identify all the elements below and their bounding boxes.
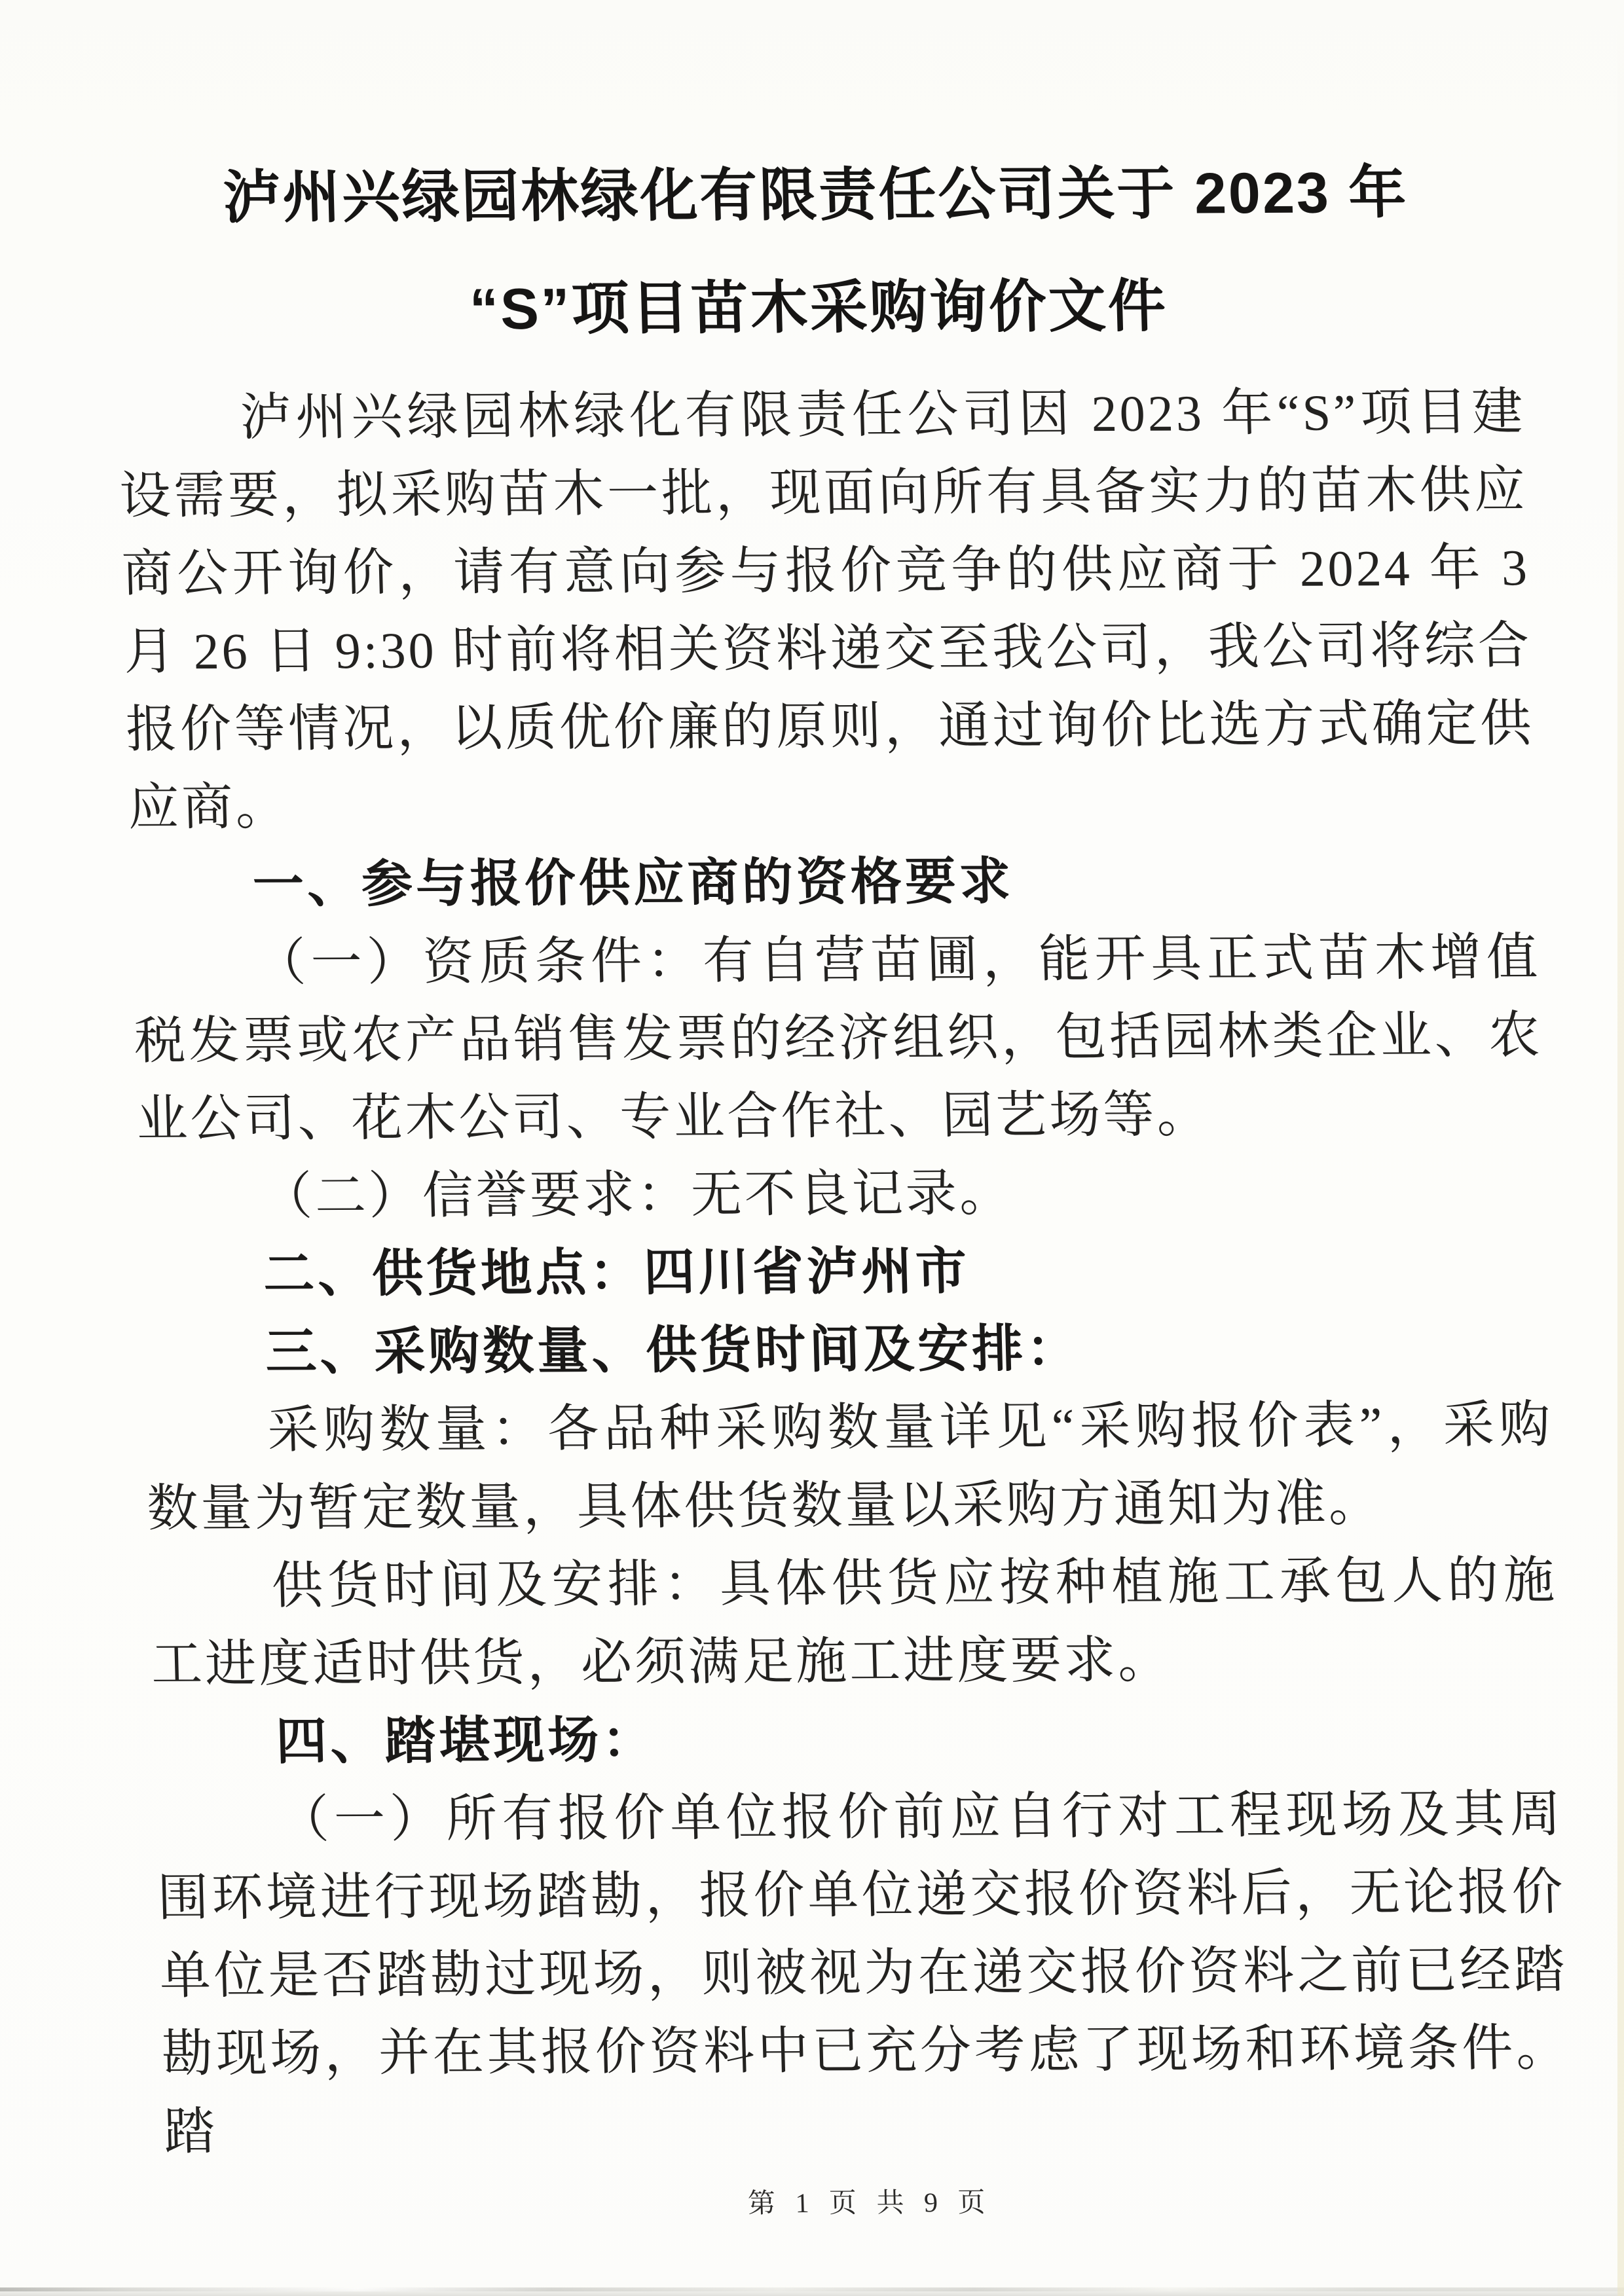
intro-paragraph: 泸州兴绿园林绿化有限责任公司因 2023 年“S”项目建设需要，拟采购苗木一批，… (117, 373, 1537, 846)
heading-site-visit: 四、踏堪现场： (153, 1697, 1562, 1781)
page-footer: 第 1 页 共 9 页 (166, 2180, 1575, 2227)
heading-delivery-location: 二、供货地点：四川省泸州市 (139, 1230, 1549, 1313)
heading-supplier-qualification: 一、参与报价供应商的资格要求 (129, 840, 1539, 924)
title-line-1: 泸州兴绿园林绿化有限责任公司关于 2023 年 (110, 136, 1521, 254)
document-content: 泸州兴绿园林绿化有限责任公司关于 2023 年 “S”项目苗木采购询价文件 泸州… (110, 136, 1574, 2227)
paragraph-qualification-conditions: （一）资质条件：有自营苗圃，能开具正式苗木增值税发票或农产品销售发票的经济组织，… (131, 918, 1545, 1157)
page-number-text: 第 1 页 共 9 页 (747, 2188, 992, 2219)
document-page: 泸州兴绿园林绿化有限责任公司关于 2023 年 “S”项目苗木采购询价文件 泸州… (0, 0, 1624, 2296)
paragraph-delivery-schedule: 供货时间及安排：具体供货应按种植施工承包人的施工进度适时供货，必须满足施工进度要… (148, 1541, 1560, 1703)
scan-artifact-bottom-edge (0, 2287, 1624, 2291)
paragraph-site-visit-detail: （一）所有报价单位报价前应自行对工程现场及其周围环境进行现场踏勘，报价单位递交报… (155, 1775, 1573, 2170)
paragraph-credit-requirement: （二）信誉要求：无不良记录。 (138, 1152, 1547, 1235)
document-title: 泸州兴绿园林绿化有限责任公司关于 2023 年 “S”项目苗木采购询价文件 (110, 136, 1524, 367)
scan-artifact-right-edge (1617, 0, 1624, 2296)
title-line-2: “S”项目苗木采购询价文件 (113, 248, 1524, 367)
heading-quantity-schedule: 三、采购数量、供货时间及安排： (141, 1307, 1551, 1391)
document-body: 泸州兴绿园林绿化有限责任公司因 2023 年“S”项目建设需要，拟采购苗木一批，… (117, 373, 1573, 2170)
paragraph-purchase-quantity: 采购数量：各品种采购数量详见“采购报价表”，采购数量为暂定数量，具体供货数量以采… (144, 1385, 1556, 1547)
